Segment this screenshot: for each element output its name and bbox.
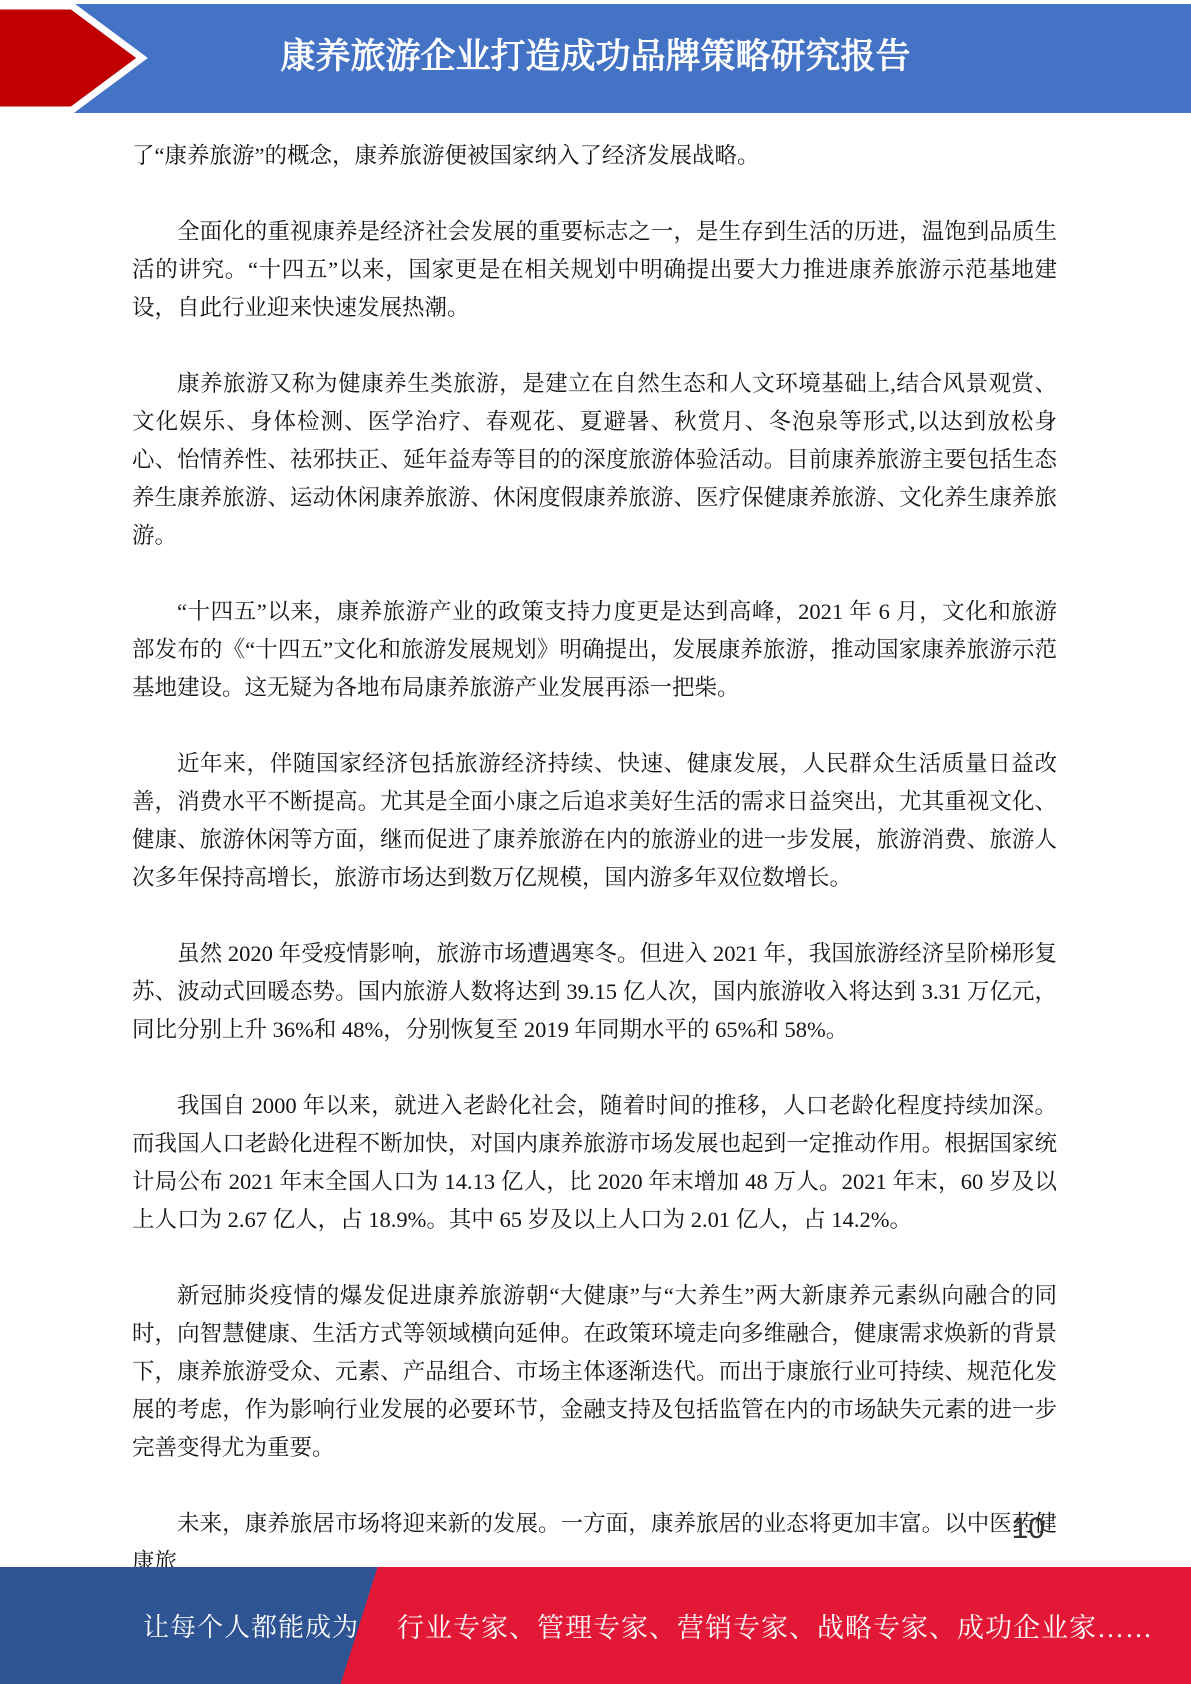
paragraph: 近年来，伴随国家经济包括旅游经济持续、快速、健康发展，人民群众生活质量日益改善，… [132,745,1057,897]
page-title: 康养旅游企业打造成功品牌策略研究报告 [0,4,1191,113]
paragraph: “十四五”以来，康养旅游产业的政策支持力度更是达到高峰，2021 年 6 月，文… [132,593,1057,707]
paragraph: 了“康养旅游”的概念，康养旅游便被国家纳入了经济发展战略。 [132,137,1057,175]
document-body: 了“康养旅游”的概念，康养旅游便被国家纳入了经济发展战略。 全面化的重视康养是经… [132,137,1057,1619]
footer-slogan-right: 行业专家、管理专家、营销专家、战略专家、成功企业家…… [397,1567,1153,1684]
paragraph: 我国自 2000 年以来，就进入老龄化社会，随着时间的推移，人口老龄化程度持续加… [132,1087,1057,1239]
page-number: 10 [1012,1512,1045,1546]
paragraph: 虽然 2020 年受疫情影响，旅游市场遭遇寒冬。但进入 2021 年，我国旅游经… [132,935,1057,1049]
header-banner: 康养旅游企业打造成功品牌策略研究报告 [0,4,1191,113]
footer-banner: 让每个人都能成为 行业专家、管理专家、营销专家、战略专家、成功企业家…… [0,1567,1191,1684]
paragraph: 康养旅游又称为健康养生类旅游，是建立在自然生态和人文环境基础上,结合风景观赏、文… [132,365,1057,555]
footer-slogan-left: 让每个人都能成为 [143,1567,359,1684]
paragraph: 新冠肺炎疫情的爆发促进康养旅游朝“大健康”与“大养生”两大新康养元素纵向融合的同… [132,1277,1057,1467]
paragraph: 全面化的重视康养是经济社会发展的重要标志之一，是生存到生活的历进，温饱到品质生活… [132,213,1057,327]
report-page: 康养旅游企业打造成功品牌策略研究报告 了“康养旅游”的概念，康养旅游便被国家纳入… [0,0,1191,1684]
